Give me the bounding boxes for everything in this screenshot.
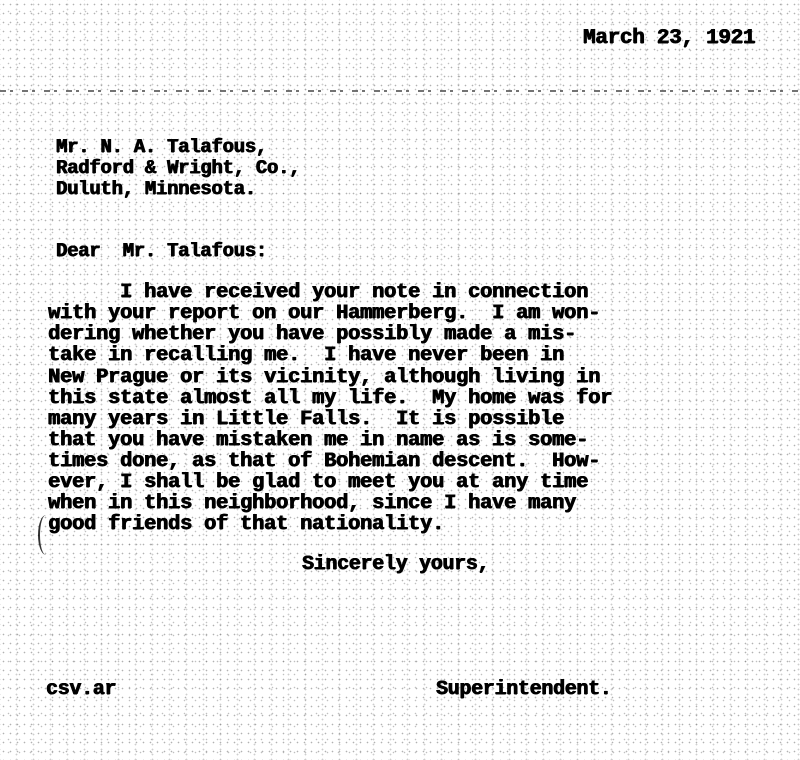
body-line: New Prague or its vicinity, although liv… [48, 366, 600, 389]
body-line: many years in Little Falls. It is possib… [48, 408, 564, 431]
body-line: that you have mistaken me in name as is … [48, 429, 588, 452]
salutation: Dear Mr. Talafous: [56, 241, 267, 262]
recipient-company: Radford & Wright, Co., [56, 158, 300, 179]
letter-date: March 23, 1921 [583, 27, 755, 50]
closing: Sincerely yours, [302, 553, 489, 576]
typist-initials: csv.ar [46, 678, 116, 701]
body-line: with your report on our Hammerberg. I am… [48, 302, 600, 325]
body-line: times done, as that of Bohemian descent.… [48, 450, 600, 473]
body-line: dering whether you have possibly made a … [48, 323, 576, 346]
recipient-location: Duluth, Minnesota. [56, 179, 256, 200]
body-line: this state almost all my life. My home w… [48, 387, 612, 410]
handwritten-margin-mark [38, 515, 54, 555]
recipient-name: Mr. N. A. Talafous, [56, 137, 267, 158]
signer-title: Superintendent. [436, 678, 612, 701]
body-line: good friends of that nationality. [48, 513, 444, 536]
body-line: when in this neighborhood, since I have … [48, 492, 576, 515]
body-line: take in recalling me. I have never been … [48, 344, 564, 367]
body-line: ever, I shall be glad to meet you at any… [48, 471, 588, 494]
body-line: I have received your note in connection [48, 281, 588, 304]
paper-fold-line [0, 90, 800, 92]
